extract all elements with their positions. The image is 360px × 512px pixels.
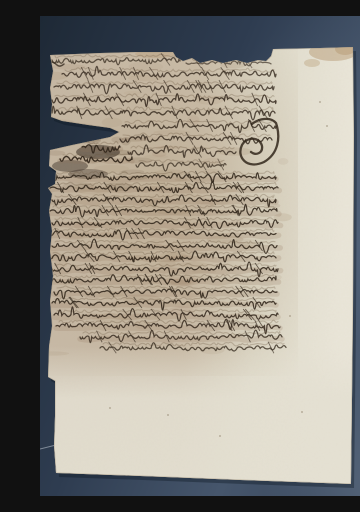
photo-canvas [40,16,360,496]
manuscript-photo: Photograph of an aged, torn handwritten … [40,16,360,496]
manuscript-paper [40,16,360,496]
blank-lower-area [40,346,360,496]
